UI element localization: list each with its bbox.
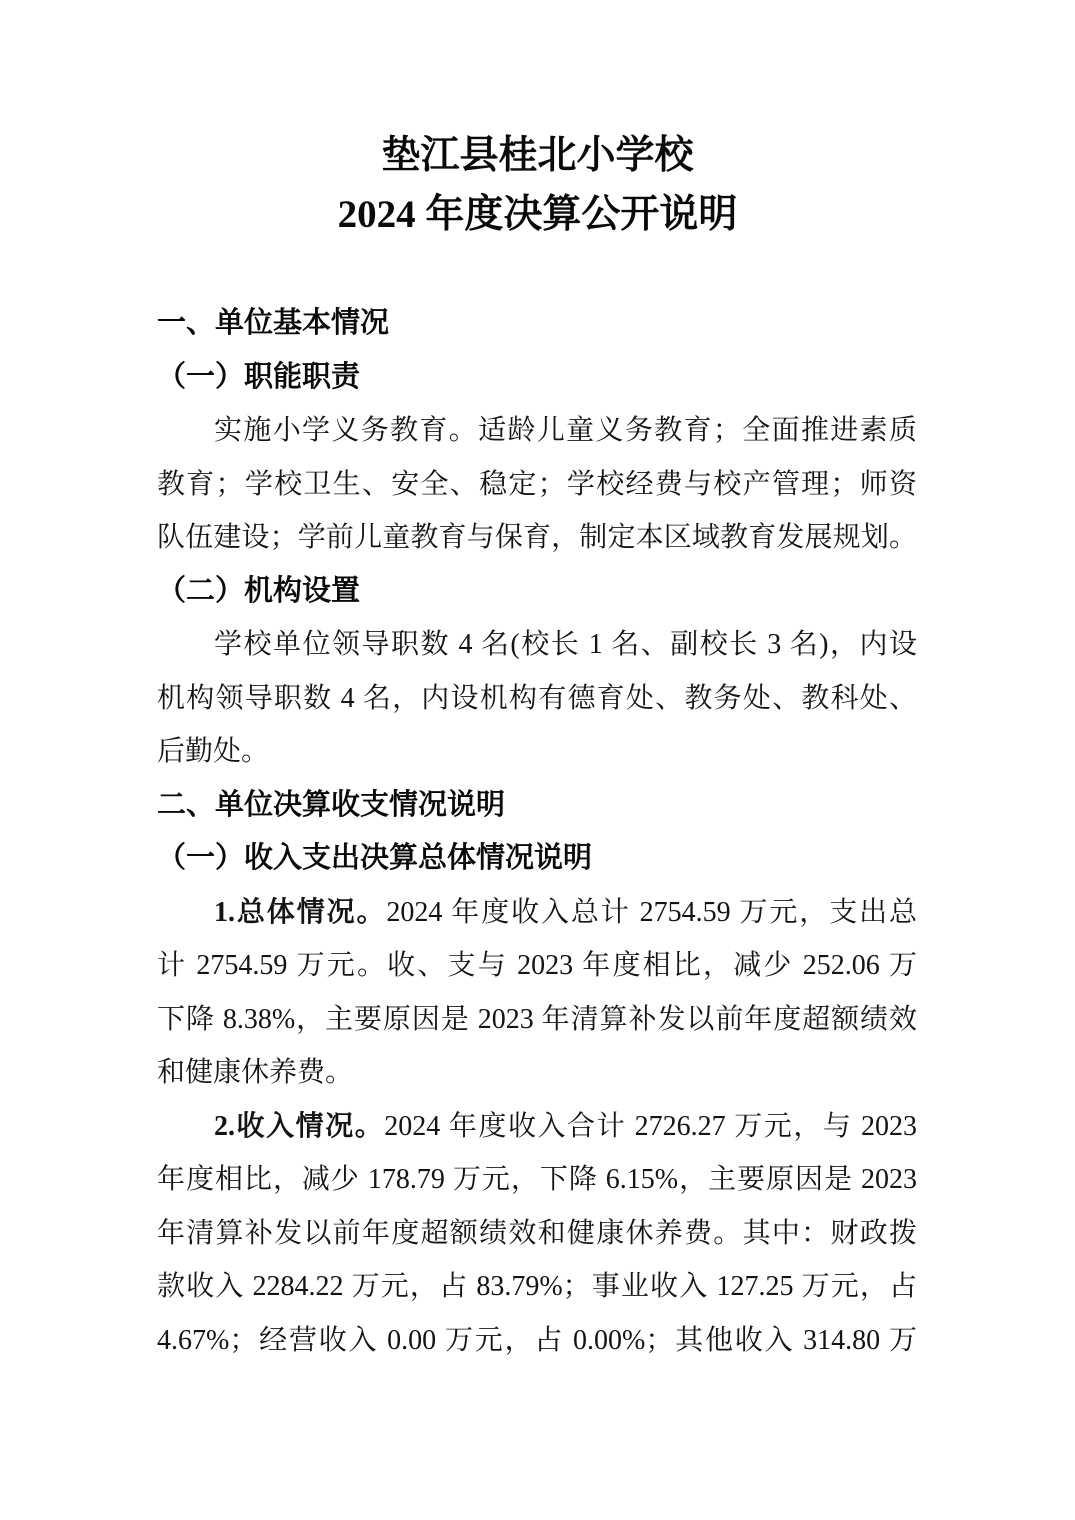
paragraph-line: 学校单位领导职数 4 名(校长 1 名、副校长 3 名)，内设 (157, 618, 917, 672)
run-in-heading-total: 1.总体情况。 (214, 897, 386, 928)
paragraph-line: 实施小学义务教育。适龄儿童义务教育；全面推进素质 (157, 404, 917, 458)
paragraph-line: 4.67%；经营收入 0.00 万元，占 0.00%；其他收入 314.80 万 (157, 1314, 917, 1368)
paragraph-text: 2024 年度收入总计 2754.59 万元，支出总 (386, 897, 917, 928)
paragraph-line: 款收入 2284.22 万元，占 83.79%；事业收入 127.25 万元，占 (157, 1260, 917, 1314)
paragraph-line: 队伍建设；学前儿童教育与保育，制定本区域教育发展规划。 (157, 511, 917, 565)
paragraph-line: 年度相比，减少 178.79 万元，下降 6.15%，主要原因是 2023 (157, 1153, 917, 1207)
document-title: 垫江县桂北小学校 2024 年度决算公开说明 (0, 126, 1075, 244)
paragraph-line: 1.总体情况。2024 年度收入总计 2754.59 万元，支出总 (157, 886, 917, 940)
paragraph-line: 后勤处。 (157, 725, 917, 779)
paragraph-line: 下降 8.38%，主要原因是 2023 年清算补发以前年度超额绩效 (157, 993, 917, 1047)
paragraph-line: 年清算补发以前年度超额绩效和健康休养费。其中：财政拨 (157, 1207, 917, 1261)
run-in-heading-income: 2.收入情况。 (214, 1111, 384, 1142)
document-title-line-1: 垫江县桂北小学校 (0, 126, 1075, 185)
document-page: 垫江县桂北小学校 2024 年度决算公开说明 一、单位基本情况 （一）职能职责 … (0, 0, 1075, 1520)
document-title-line-2: 2024 年度决算公开说明 (0, 185, 1075, 244)
paragraph-line: 机构领导职数 4 名，内设机构有德育处、教务处、教科处、 (157, 672, 917, 726)
subsection-heading-overview: （一）收入支出决算总体情况说明 (157, 832, 917, 886)
paragraph-line: 计 2754.59 万元。收、支与 2023 年度相比，减少 252.06 万元… (157, 939, 917, 993)
section-heading-budget: 二、单位决算收支情况说明 (157, 779, 917, 833)
paragraph-line: 和健康休养费。 (157, 1046, 917, 1100)
subsection-heading-org: （二）机构设置 (157, 565, 917, 619)
section-heading-basic-info: 一、单位基本情况 (157, 297, 917, 351)
paragraph-line: 2.收入情况。2024 年度收入合计 2726.27 万元，与 2023 (157, 1100, 917, 1154)
document-body: 一、单位基本情况 （一）职能职责 实施小学义务教育。适龄儿童义务教育；全面推进素… (157, 297, 917, 1367)
subsection-heading-duties: （一）职能职责 (157, 351, 917, 405)
paragraph-line: 教育；学校卫生、安全、稳定；学校经费与校产管理；师资 (157, 458, 917, 512)
paragraph-text: 2024 年度收入合计 2726.27 万元，与 2023 (384, 1111, 917, 1142)
